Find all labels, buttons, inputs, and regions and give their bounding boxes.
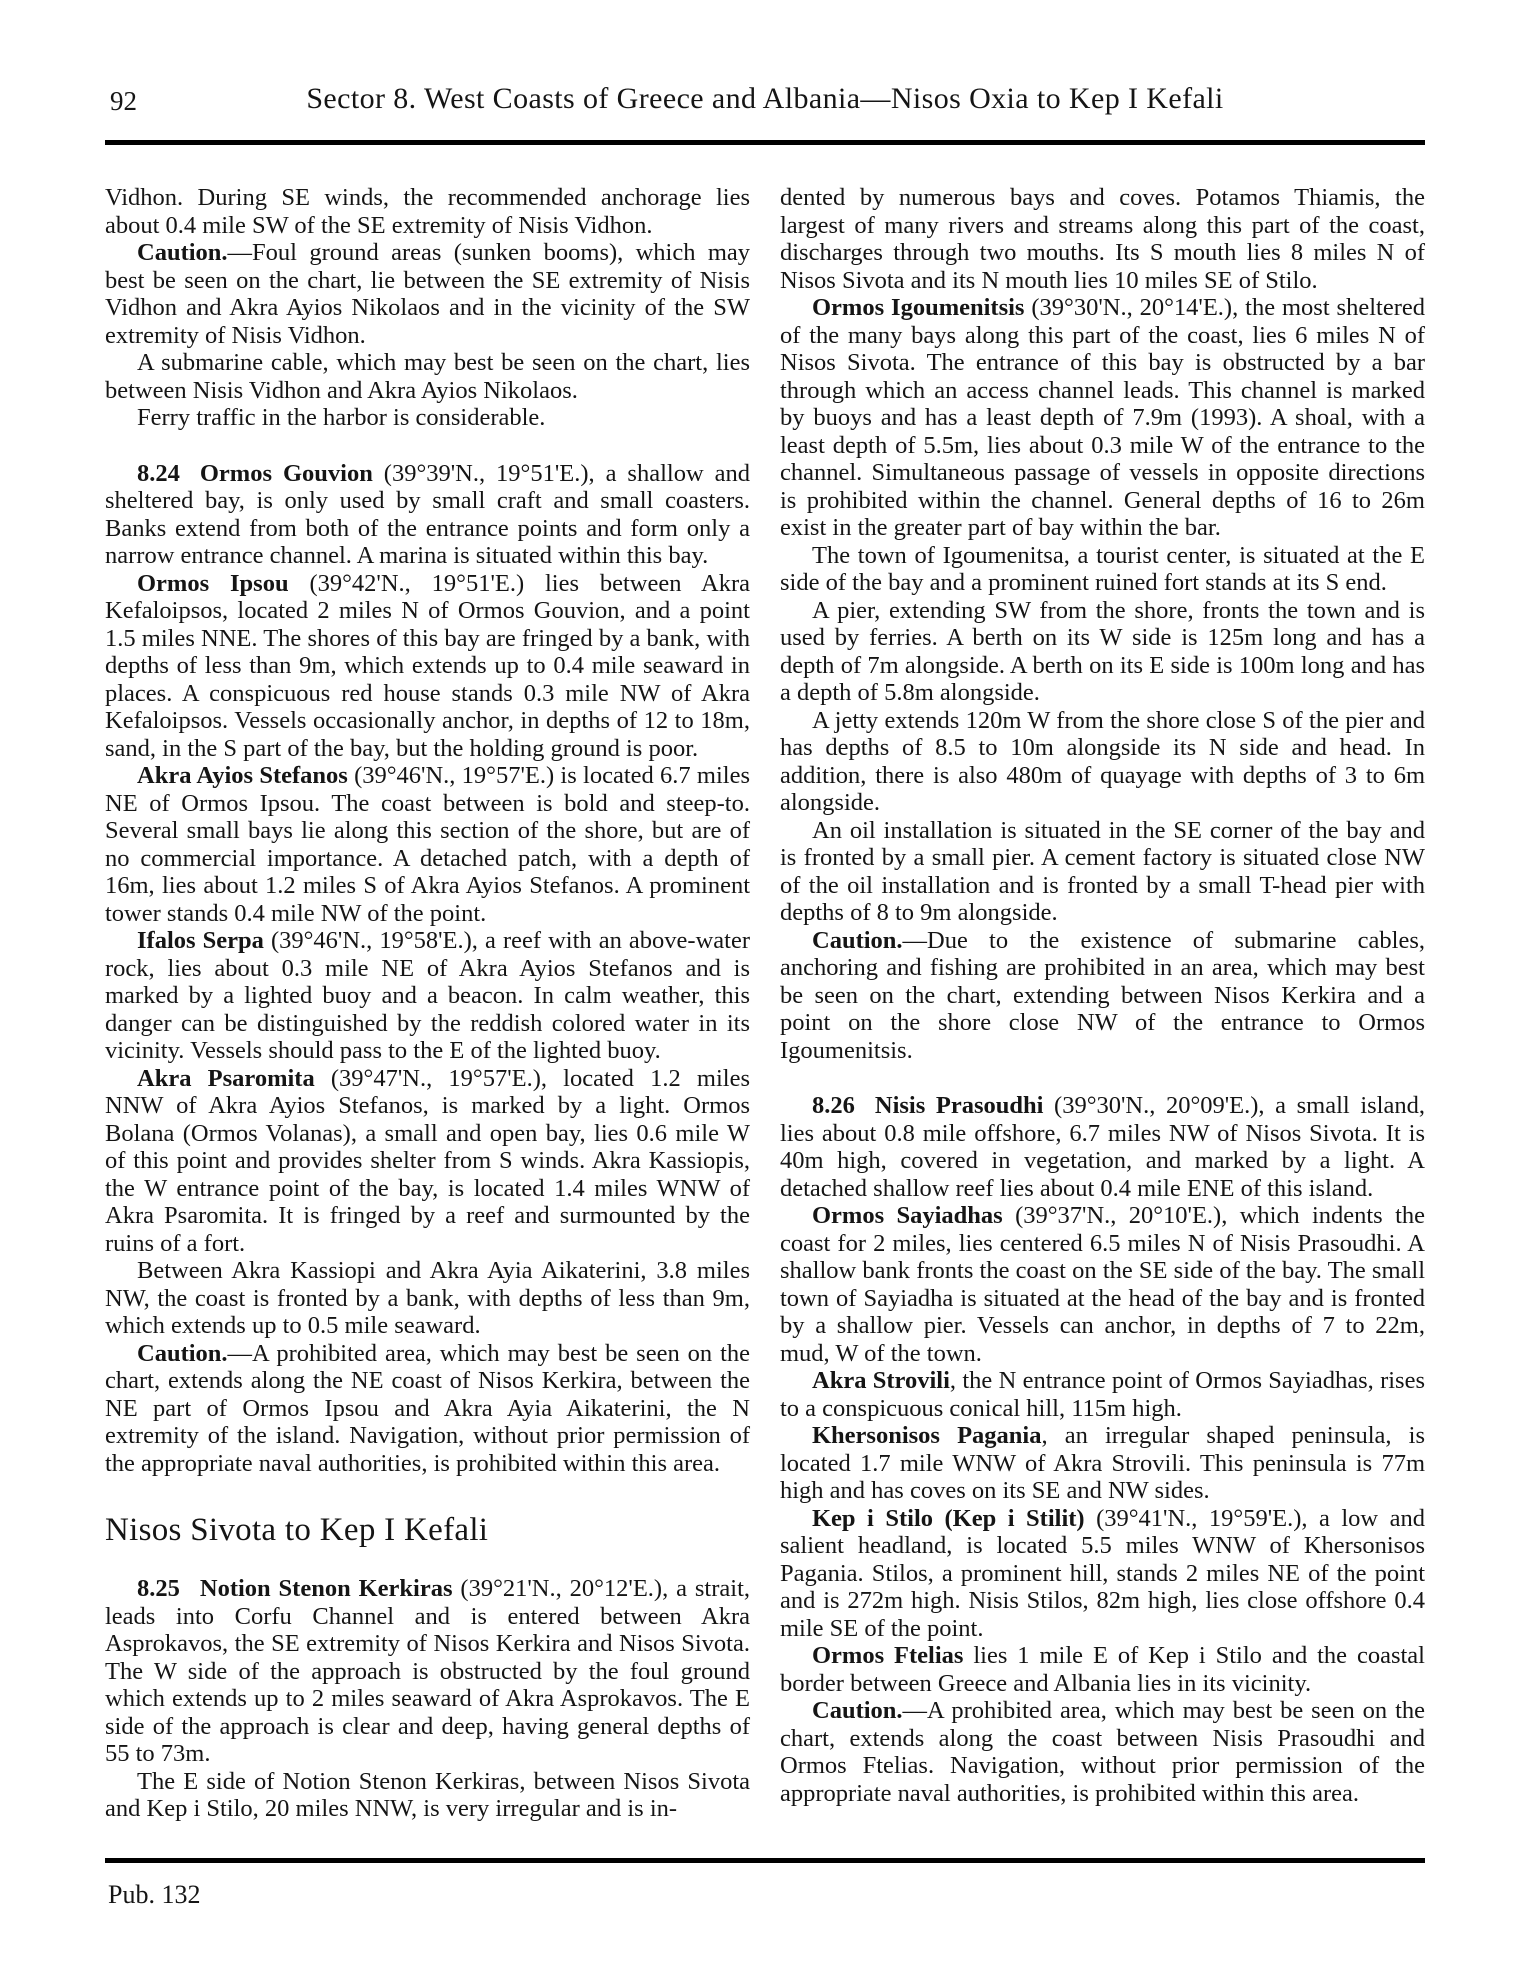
paragraph-text: (39°21'N., 20°12'E.), a strait, leads in… bbox=[105, 1575, 750, 1767]
section-number: 8.24 bbox=[137, 460, 200, 487]
feature-name: Ormos Ftelias bbox=[812, 1642, 963, 1669]
paragraph-text: (39°30'N., 20°14'E.), the most sheltered… bbox=[780, 294, 1425, 541]
feature-name: Akra Strovili bbox=[812, 1367, 950, 1394]
paragraph-text: An oil installation is situated in the S… bbox=[780, 817, 1425, 927]
paragraph-8-24-ormos-gouvion: 8.24Ormos Gouvion (39°39'N., 19°51'E.), … bbox=[105, 460, 750, 570]
caution-label: Caution. bbox=[812, 927, 903, 954]
section-heading: Nisos Sivota to Kep I Kefali bbox=[105, 1511, 750, 1549]
paragraph-text: dented by numerous bays and coves. Potam… bbox=[780, 184, 1425, 294]
right-column: dented by numerous bays and coves. Potam… bbox=[780, 184, 1425, 1823]
paragraph-ormos-sayiadhas: Ormos Sayiadhas (39°37'N., 20°10'E.), wh… bbox=[780, 1202, 1425, 1367]
paragraph-caution-prohibited-area-2: Caution.—A prohibited area, which may be… bbox=[780, 1697, 1425, 1807]
paragraph-submarine-cable: A submarine cable, which may best be see… bbox=[105, 349, 750, 404]
feature-name: Ormos Igoumenitsis bbox=[812, 294, 1024, 321]
paragraph-text: Between Akra Kassiopi and Akra Ayia Aika… bbox=[105, 1257, 750, 1339]
paragraph-ormos-ipsou: Ormos Ipsou (39°42'N., 19°51'E.) lies be… bbox=[105, 570, 750, 763]
paragraph-ifalos-serpa: Ifalos Serpa (39°46'N., 19°58'E.), a ree… bbox=[105, 927, 750, 1065]
paragraph-text: (39°42'N., 19°51'E.) lies between Akra K… bbox=[105, 570, 750, 762]
left-column: Vidhon. During SE winds, the recommended… bbox=[105, 184, 750, 1823]
paragraph-text: A submarine cable, which may best be see… bbox=[105, 349, 750, 404]
paragraph-oil-installation: An oil installation is situated in the S… bbox=[780, 817, 1425, 927]
footer-rule bbox=[105, 1858, 1425, 1863]
paragraph-8-25-notion-stenon-kerkiras: 8.25Notion Stenon Kerkiras (39°21'N., 20… bbox=[105, 1575, 750, 1768]
paragraph-ferry-traffic: Ferry traffic in the harbor is considera… bbox=[105, 404, 750, 432]
paragraph-town-of-igoumenitsa: The town of Igoumenitsa, a tourist cente… bbox=[780, 542, 1425, 597]
paragraph-e-side-notion-stenon: The E side of Notion Stenon Kerkiras, be… bbox=[105, 1768, 750, 1823]
caution-label: Caution. bbox=[137, 239, 228, 266]
publication-number: Pub. 132 bbox=[108, 1880, 200, 1910]
feature-name: Ormos Ipsou bbox=[137, 570, 289, 597]
paragraph-text: A pier, extending SW from the shore, fro… bbox=[780, 597, 1425, 707]
paragraph-text: Vidhon. During SE winds, the recommended… bbox=[105, 184, 750, 239]
paragraph-caution-submarine-cables: Caution.—Due to the existence of submari… bbox=[780, 927, 1425, 1065]
paragraph-jetty: A jetty extends 120m W from the shore cl… bbox=[780, 707, 1425, 817]
paragraph-8-26-nisis-prasoudhi: 8.26Nisis Prasoudhi (39°30'N., 20°09'E.)… bbox=[780, 1092, 1425, 1202]
paragraph-text: The town of Igoumenitsa, a tourist cente… bbox=[780, 542, 1425, 597]
paragraph-akra-psaromita: Akra Psaromita (39°47'N., 19°57'E.), loc… bbox=[105, 1065, 750, 1258]
paragraph-text: The E side of Notion Stenon Kerkiras, be… bbox=[105, 1768, 750, 1823]
feature-name: Nisis Prasoudhi bbox=[875, 1092, 1044, 1119]
section-number: 8.25 bbox=[137, 1575, 200, 1602]
paragraph-text: A jetty extends 120m W from the shore cl… bbox=[780, 707, 1425, 817]
page-title: Sector 8. West Coasts of Greece and Alba… bbox=[105, 82, 1425, 116]
paragraph-akra-strovili: Akra Strovili, the N entrance point of O… bbox=[780, 1367, 1425, 1422]
paragraph-vidhon-continuation: Vidhon. During SE winds, the recommended… bbox=[105, 184, 750, 239]
text-columns: Vidhon. During SE winds, the recommended… bbox=[105, 184, 1425, 1823]
feature-name: Ormos Gouvion bbox=[200, 460, 373, 487]
paragraph-caution-prohibited-area: Caution.—A prohibited area, which may be… bbox=[105, 1340, 750, 1478]
caution-label: Caution. bbox=[812, 1697, 903, 1724]
feature-name: Kep i Stilo (Kep i Stilit) bbox=[812, 1505, 1085, 1532]
caution-label: Caution. bbox=[137, 1340, 228, 1367]
paragraph-pier-ferries: A pier, extending SW from the shore, fro… bbox=[780, 597, 1425, 707]
section-number: 8.26 bbox=[812, 1092, 875, 1119]
paragraph-between-akra-kassiopi: Between Akra Kassiopi and Akra Ayia Aika… bbox=[105, 1257, 750, 1340]
paragraph-caution-foul-ground: Caution.—Foul ground areas (sunken booms… bbox=[105, 239, 750, 349]
document-page: 92 Sector 8. West Coasts of Greece and A… bbox=[0, 0, 1530, 1980]
feature-name: Ifalos Serpa bbox=[137, 927, 264, 954]
paragraph-kep-i-stilo: Kep i Stilo (Kep i Stilit) (39°41'N., 19… bbox=[780, 1505, 1425, 1643]
feature-name: Notion Stenon Kerkiras bbox=[200, 1575, 453, 1602]
feature-name: Ormos Sayiadhas bbox=[812, 1202, 1003, 1229]
paragraph-ormos-ftelias: Ormos Ftelias lies 1 mile E of Kep i Sti… bbox=[780, 1642, 1425, 1697]
header-rule bbox=[105, 140, 1425, 145]
paragraph-akra-ayios-stefanos: Akra Ayios Stefanos (39°46'N., 19°57'E.)… bbox=[105, 762, 750, 927]
paragraph-text: Ferry traffic in the harbor is considera… bbox=[137, 404, 545, 431]
feature-name: Khersonisos Pagania bbox=[812, 1422, 1041, 1449]
feature-name: Akra Ayios Stefanos bbox=[137, 762, 348, 789]
paragraph-ormos-igoumenitsis: Ormos Igoumenitsis (39°30'N., 20°14'E.),… bbox=[780, 294, 1425, 542]
page-number: 92 bbox=[110, 86, 137, 117]
paragraph-text: (39°47'N., 19°57'E.), located 1.2 miles … bbox=[105, 1065, 750, 1257]
paragraph-khersonisos-pagania: Khersonisos Pagania, an irregular shaped… bbox=[780, 1422, 1425, 1505]
feature-name: Akra Psaromita bbox=[137, 1065, 315, 1092]
page-header: 92 Sector 8. West Coasts of Greece and A… bbox=[105, 82, 1425, 122]
paragraph-dented-continuation: dented by numerous bays and coves. Potam… bbox=[780, 184, 1425, 294]
